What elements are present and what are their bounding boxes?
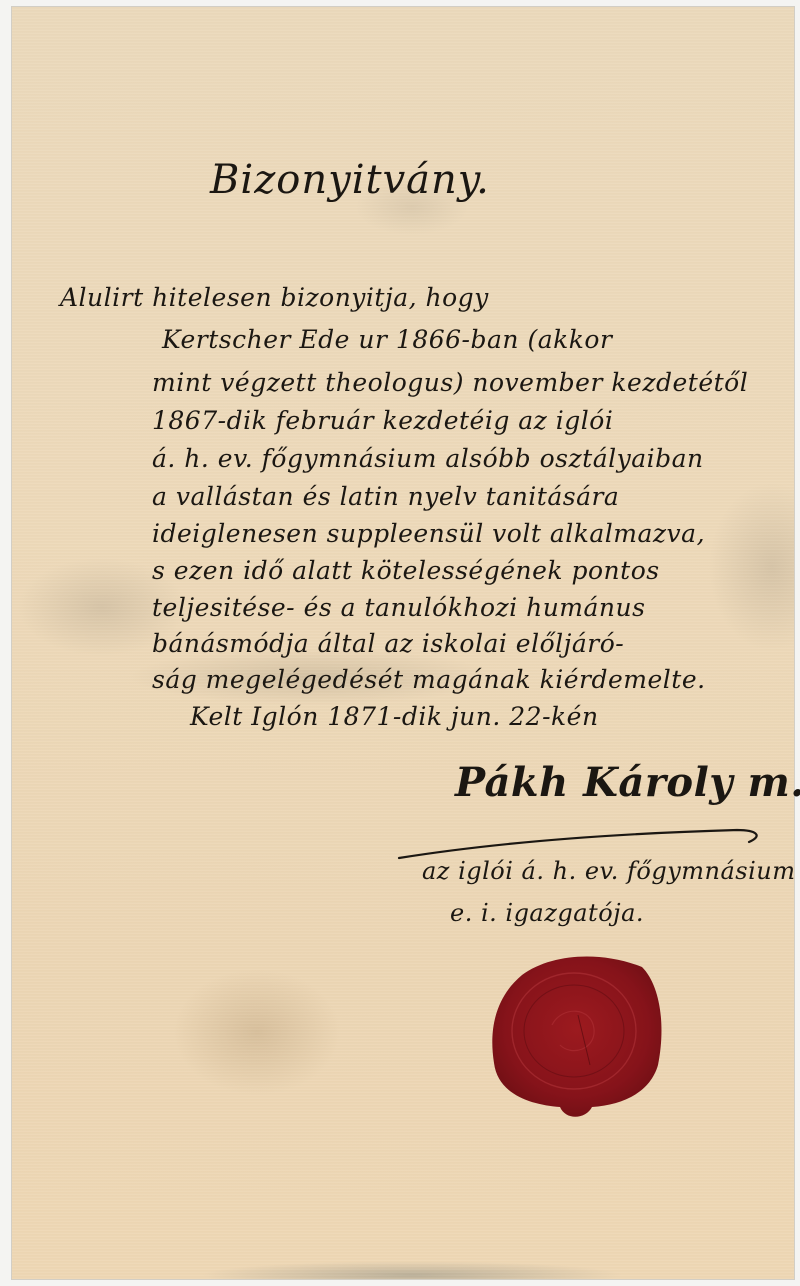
- wax-seal-icon: [482, 945, 672, 1125]
- body-line-6: a vallástan és latin nyelv tanitására: [152, 482, 619, 511]
- body-line-1: Alulirt hitelesen bizonyitja, hogy: [60, 283, 489, 312]
- body-line-8: s ezen idő alatt kötelességének pontos: [152, 556, 660, 585]
- body-line-5: á. h. ev. főgymnásium alsóbb osztályaiba…: [152, 444, 704, 473]
- body-line-10: bánásmódja által az iskolai előljáró-: [152, 629, 624, 658]
- signatory-title-line-2: e. i. igazgatója.: [450, 899, 644, 927]
- body-line-11: ság megelégedését magának kiérdemelte.: [152, 665, 706, 694]
- body-line-4: 1867-dik február kezdetéig az iglói: [152, 406, 613, 435]
- signature-flourish-icon: [397, 822, 767, 862]
- body-line-2: Kertscher Ede ur 1866-ban (akkor: [162, 325, 612, 354]
- document-title: Bizonyitvány.: [210, 157, 490, 203]
- body-line-7: ideiglenesen suppleensül volt alkalmazva…: [152, 519, 705, 548]
- body-line-3: mint végzett theologus) november kezdeté…: [152, 368, 748, 397]
- body-line-9: teljesitése- és a tanulókhozi humánus: [152, 593, 645, 622]
- dateline: Kelt Iglón 1871-dik jun. 22-kén: [190, 702, 599, 731]
- signatory-title-line-1: az iglói á. h. ev. főgymnásium: [422, 857, 796, 885]
- signature: Pákh Károly m.k.: [455, 759, 800, 806]
- document-page: Bizonyitvány. Alulirt hitelesen bizonyit…: [12, 7, 794, 1279]
